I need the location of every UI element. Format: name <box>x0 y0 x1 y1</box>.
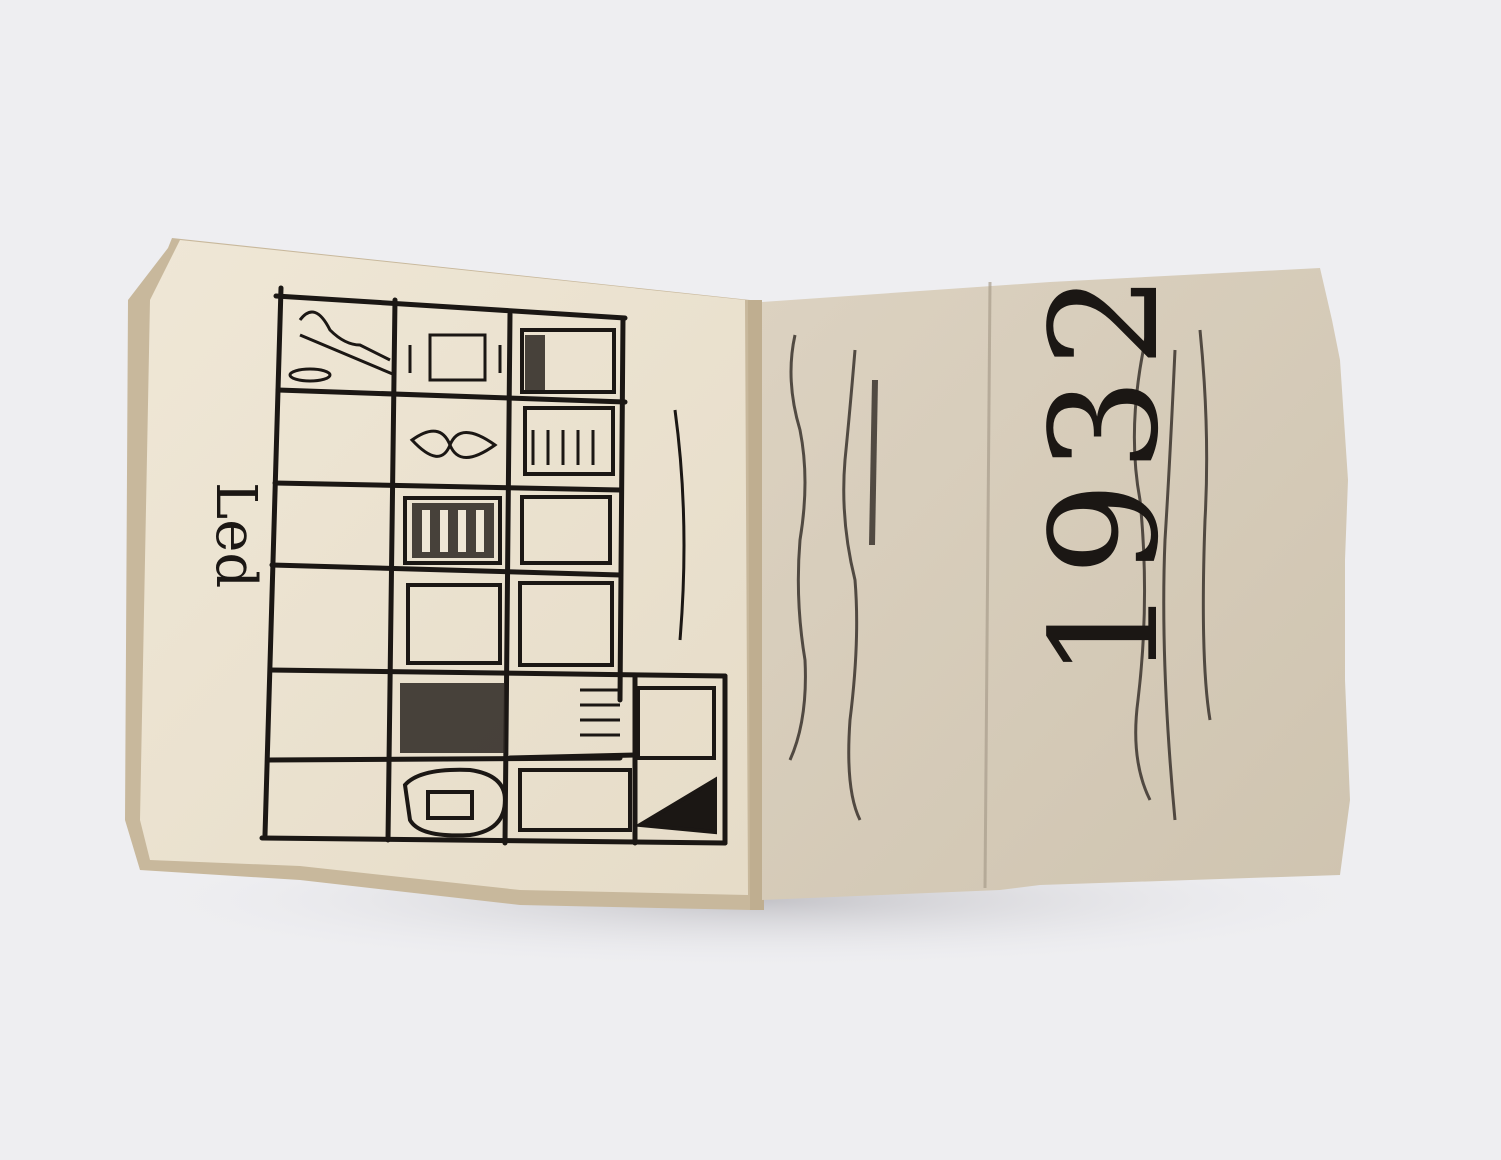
book-spine <box>748 300 764 910</box>
year-label: 1932 <box>1025 280 1185 680</box>
photo-scene: Led 1932 <box>0 0 1501 1160</box>
left-page-heading: Led <box>205 482 265 588</box>
